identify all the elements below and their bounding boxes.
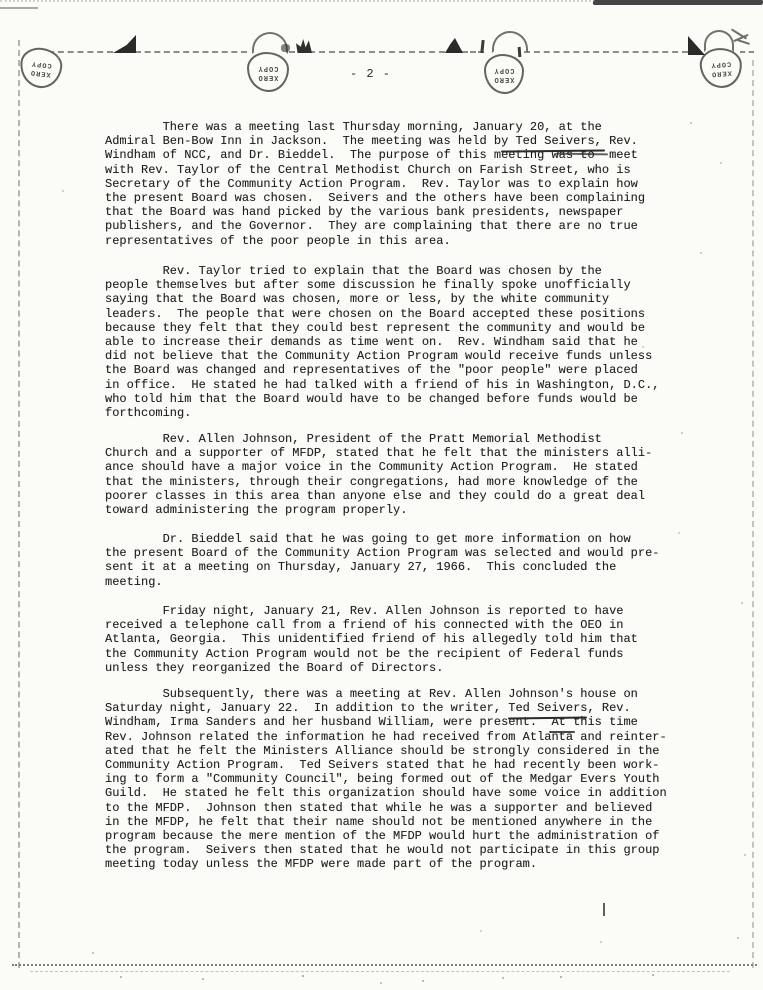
document-line: to the MFDP. Johnson then stated that wh… — [105, 801, 685, 815]
document-line: ance should have a major voice in the Co… — [105, 460, 685, 474]
document-line: sent it at a meeting on Thursday, Januar… — [105, 560, 685, 574]
stamp-text: COPY — [494, 65, 515, 74]
document-line: the Board was changed and representative… — [105, 363, 685, 377]
pen-scribble — [728, 30, 752, 46]
hand-underline-mark — [549, 731, 575, 733]
page-bottom-edge-faint — [30, 971, 730, 972]
document-line: Friday night, January 21, Rev. Allen Joh… — [105, 604, 685, 618]
document-line: people themselves but after some discuss… — [105, 278, 685, 292]
stamp-fold-arc — [492, 31, 528, 53]
document-line: Admiral Ben-Bow Inn in Jackson. The meet… — [105, 134, 685, 148]
document-line: with Rev. Taylor of the Central Methodis… — [105, 163, 685, 177]
document-line: in office. He stated he had talked with … — [105, 378, 685, 392]
paragraph-3: Rev. Allen Johnson, President of the Pra… — [105, 432, 685, 517]
document-line: Saturday night, January 22. In addition … — [105, 701, 685, 715]
page-left-edge — [18, 40, 20, 968]
stamp-text: XERO — [494, 74, 515, 83]
document-line: in the MFDP, he felt that their name sho… — [105, 815, 685, 829]
paragraph-2: Rev. Taylor tried to explain that the Bo… — [105, 264, 685, 420]
document-line: the present Board was chosen. Seivers an… — [105, 191, 685, 205]
stamp-text: COPY — [710, 58, 731, 68]
stamp-text: XERO — [258, 72, 279, 81]
document-line: meeting. — [105, 575, 685, 589]
xero-copy-stamp: XERO COPY — [699, 47, 744, 90]
paragraph-5: Friday night, January 21, Rev. Allen Joh… — [105, 604, 685, 675]
torn-edge-segment — [48, 51, 113, 53]
torn-edge-segment — [524, 51, 688, 53]
document-line: program because the mere mention of the … — [105, 829, 685, 843]
ink-blob — [113, 35, 136, 53]
document-line: Windham, Irma Sanders and her husband Wi… — [105, 715, 685, 729]
document-line: Dr. Bieddel said that he was going to ge… — [105, 532, 685, 546]
document-line: did not believe that the Community Actio… — [105, 349, 685, 363]
paragraph-1: There was a meeting last Thursday mornin… — [105, 120, 685, 248]
document-line: Secretary of the Community Action Progra… — [105, 177, 685, 191]
xero-copy-stamp: XERO COPY — [484, 54, 524, 94]
document-line: the program. Seivers then stated that he… — [105, 843, 685, 857]
document-line: Rev. Johnson related the information he … — [105, 730, 685, 744]
ink-tick — [480, 40, 484, 53]
document-line: able to increase their demands as time w… — [105, 335, 685, 349]
document-line: saying that the Board was chosen, more o… — [105, 292, 685, 306]
document-line: that the Board was hand picked by the va… — [105, 205, 685, 219]
page-right-edge — [752, 60, 754, 968]
document-line: poorer classes in this area than anyone … — [105, 489, 685, 503]
document-line: Subsequently, there was a meeting at Rev… — [105, 687, 685, 701]
stamp-text: COPY — [258, 63, 279, 72]
document-line: forthcoming. — [105, 406, 685, 420]
document-line: unless they reorganized the Board of Dir… — [105, 661, 685, 675]
page-bottom-edge — [12, 964, 757, 966]
document-line: There was a meeting last Thursday mornin… — [105, 120, 685, 134]
ink-tick — [603, 903, 605, 916]
xero-copy-stamp: XERO COPY — [247, 52, 289, 92]
document-line: Rev. Taylor tried to explain that the Bo… — [105, 264, 685, 278]
paragraph-6: Subsequently, there was a meeting at Rev… — [105, 687, 685, 872]
document-line: Guild. He stated he felt this organizati… — [105, 786, 685, 800]
scan-speckles — [0, 0, 2, 2]
document-line: Community Action Program. Ted Seivers st… — [105, 758, 685, 772]
document-line: Rev. Allen Johnson, President of the Pra… — [105, 432, 685, 446]
scan-top-left-line — [0, 7, 38, 9]
page-number: - 2 - — [350, 67, 391, 81]
torn-edge-segment — [289, 51, 445, 53]
document-line: Atlanta, Georgia. This unidentified frie… — [105, 632, 685, 646]
document-line: Church and a supporter of MFDP, stated t… — [105, 446, 685, 460]
document-line: representatives of the poor people in th… — [105, 234, 685, 248]
scanned-document-page: XERO COPY XERO COPY XERO COPY XERO COPY … — [0, 0, 763, 990]
document-line: toward administering the program properl… — [105, 503, 685, 517]
ink-tick — [518, 47, 522, 57]
document-line: publishers, and the Governor. They are c… — [105, 219, 685, 233]
torn-edge-segment — [740, 51, 754, 53]
document-line: the Community Action Program would not b… — [105, 647, 685, 661]
torn-edge-segment — [135, 51, 247, 53]
ink-blob — [281, 44, 290, 52]
scan-top-smudge — [593, 0, 763, 5]
paragraph-4: Dr. Bieddel said that he was going to ge… — [105, 532, 685, 589]
document-line: because they felt that they could best r… — [105, 321, 685, 335]
document-line: leaders. The people that were chosen on … — [105, 307, 685, 321]
ink-blob — [296, 39, 312, 53]
document-line: meeting today unless the MFDP were made … — [105, 857, 685, 871]
document-line: that the ministers, through their congre… — [105, 475, 685, 489]
document-line: ing to form a "Community Council", being… — [105, 772, 685, 786]
stamp-text: XERO — [711, 67, 732, 77]
document-line: ated that he felt the Ministers Alliance… — [105, 744, 685, 758]
document-line: the present Board of the Community Actio… — [105, 546, 685, 560]
ink-blob — [445, 38, 463, 53]
document-line: who told him that the Board would have t… — [105, 392, 685, 406]
document-line: received a telephone call from a friend … — [105, 618, 685, 632]
ink-blob — [688, 36, 705, 55]
